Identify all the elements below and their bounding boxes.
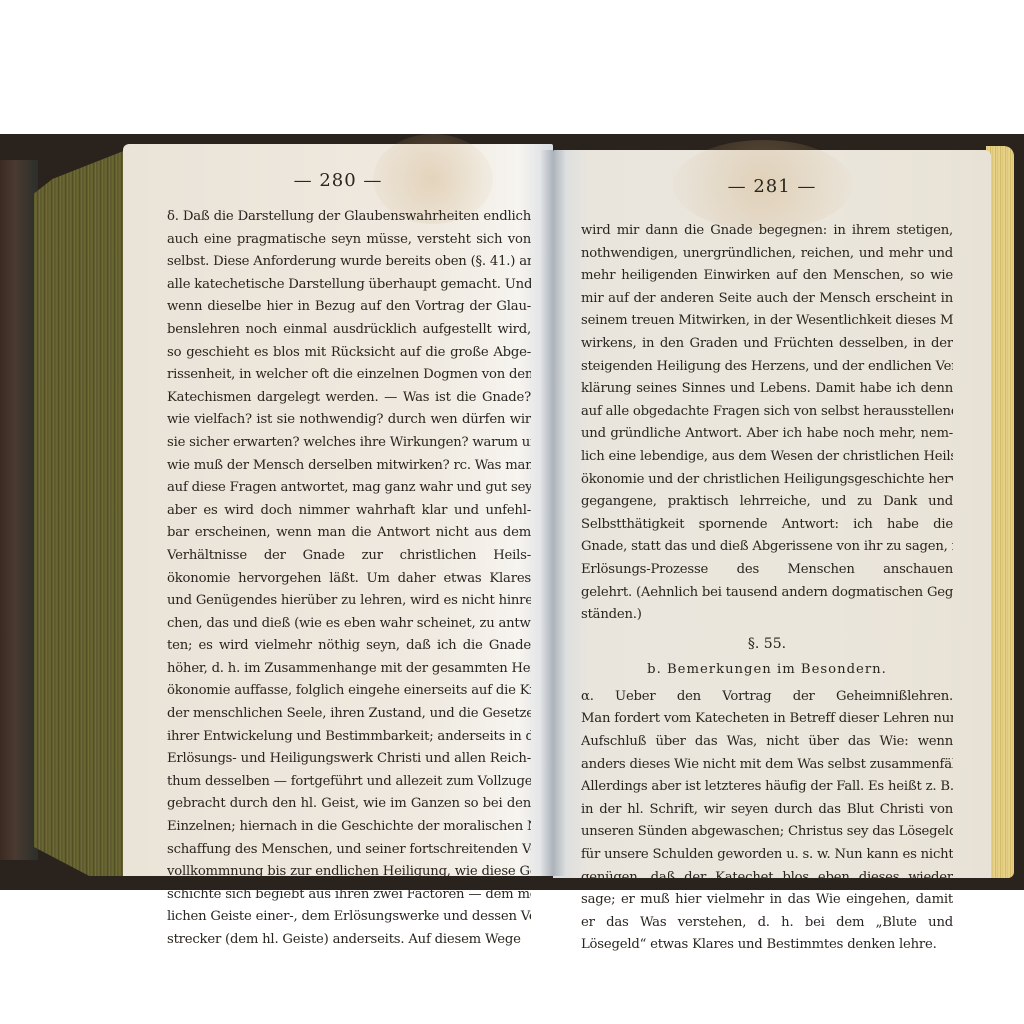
text-line: und gründliche Antwort. Aber ich habe no… (581, 423, 953, 446)
text-line: gebracht durch den hl. Geist, wie im Gan… (167, 793, 531, 816)
text-line: seinem treuen Mitwirken, in der Wesentli… (581, 310, 953, 333)
text-line: gelehrt. (Aehnlich bei tausend andern do… (581, 582, 953, 605)
section-number: §. 55. (581, 633, 953, 656)
text-line: wenn dieselbe hier in Bezug auf den Vort… (167, 296, 531, 319)
text-line: schaffung des Menschen, und seiner forts… (167, 839, 531, 862)
text-line: wie vielfach? ist sie nothwendig? durch … (167, 409, 531, 432)
text-line: Einzelnen; hiernach in die Geschichte de… (167, 816, 531, 839)
text-line: aber es wird doch nimmer wahrhaft klar u… (167, 500, 531, 523)
text-line: strecker (dem hl. Geiste) anderseits. Au… (167, 929, 531, 952)
text-line: anders dieses Wie nicht mit dem Was selb… (581, 754, 953, 777)
text-line: Aufschluß über das Was, nicht über das W… (581, 731, 953, 754)
paragraph-grace: wird mir dann die Gnade begegnen: in ihr… (581, 220, 953, 627)
text-line: steigenden Heiligung des Herzens, und de… (581, 356, 953, 379)
text-line: sie sicher erwarten? welches ihre Wirkun… (167, 432, 531, 455)
text-line: ständen.) (581, 604, 953, 627)
text-line: auch eine pragmatische seyn müsse, verst… (167, 229, 531, 252)
text-line: er das Was verstehen, d. h. bei dem „Blu… (581, 912, 953, 935)
page-number-right: — 281 — (553, 176, 991, 197)
text-line: genügen, daß der Katechet blos eben dies… (581, 867, 953, 890)
text-line: auf alle obgedachte Fragen sich von selb… (581, 401, 953, 424)
text-line: Selbstthätigkeit spornende Antwort: ich … (581, 514, 953, 537)
text-line: höher, d. h. im Zusammenhange mit der ge… (167, 658, 531, 681)
right-page-body: wird mir dann die Gnade begegnen: in ihr… (581, 220, 953, 957)
left-page: — 280 — δ. Daß die Darstellung der Glaub… (123, 144, 553, 876)
text-line: wie muß der Mensch derselben mitwirken? … (167, 455, 531, 478)
text-line: vollkommnung bis zur endlichen Heiligung… (167, 861, 531, 884)
text-line: unseren Sünden abgewaschen; Christus sey… (581, 821, 953, 844)
text-line: gegangene, praktisch lehrreiche, und zu … (581, 491, 953, 514)
text-line: Katechismen dargelegt werden. — Was ist … (167, 387, 531, 410)
text-line: mir auf der anderen Seite auch der Mensc… (581, 288, 953, 311)
text-line: sage; er muß hier vielmehr in das Wie ei… (581, 889, 953, 912)
text-line: in der hl. Schrift, wir seyen durch das … (581, 799, 953, 822)
text-line: selbst. Diese Anforderung wurde bereits … (167, 251, 531, 274)
text-line: lich eine lebendige, aus dem Wesen der c… (581, 446, 953, 469)
text-line: Gnade, statt das und dieß Abgerissene vo… (581, 536, 953, 559)
text-line: α. Ueber den Vortrag der Geheimnißlehren… (581, 686, 953, 709)
text-line: lichen Geiste einer-, dem Erlösungswerke… (167, 906, 531, 929)
text-line: ökonomie hervorgehen läßt. Um daher etwa… (167, 568, 531, 591)
text-line: Allerdings aber ist letzteres häufig der… (581, 776, 953, 799)
section-title: b. Bemerkungen im Besondern. (581, 659, 953, 682)
text-line: ökonomie und der christlichen Heiligungs… (581, 469, 953, 492)
text-line: benslehren noch einmal ausdrücklich aufg… (167, 319, 531, 342)
text-line: thum desselben — fortgeführt und allezei… (167, 771, 531, 794)
text-line: auf diese Fragen antwortet, mag ganz wah… (167, 477, 531, 500)
text-line: wird mir dann die Gnade begegnen: in ihr… (581, 220, 953, 243)
text-line: alle katechetische Darstellung überhaupt… (167, 274, 531, 297)
text-line: klärung seines Sinnes und Lebens. Damit … (581, 378, 953, 401)
text-line: so geschieht es blos mit Rücksicht auf d… (167, 342, 531, 365)
text-line: wirkens, in den Graden und Früchten dess… (581, 333, 953, 356)
text-line: für unsere Schulden geworden u. s. w. Nu… (581, 844, 953, 867)
text-line: δ. Daß die Darstellung der Glaubenswahrh… (167, 206, 531, 229)
text-line: der menschlichen Seele, ihren Zustand, u… (167, 703, 531, 726)
text-line: Verhältnisse der Gnade zur christlichen … (167, 545, 531, 568)
text-line: mehr heiligenden Einwirken auf den Mensc… (581, 265, 953, 288)
text-line: und Genügendes hierüber zu lehren, wird … (167, 590, 531, 613)
text-line: schichte sich begiebt aus ihren zwei Fac… (167, 884, 531, 907)
text-line: Lösegeld“ etwas Klares und Bestimmtes de… (581, 934, 953, 957)
text-line: Man fordert vom Katecheten in Betreff di… (581, 708, 953, 731)
text-line: rissenheit, in welcher oft die einzelnen… (167, 364, 531, 387)
book-cover-edge (0, 160, 38, 860)
text-line: ten; es wird vielmehr nöthig seyn, daß i… (167, 635, 531, 658)
page-number-left: — 280 — (123, 170, 553, 191)
left-page-edges (34, 150, 126, 876)
text-line: bar erscheinen, wenn man die Antwort nic… (167, 522, 531, 545)
left-page-body: δ. Daß die Darstellung der Glaubenswahrh… (167, 206, 531, 952)
text-line: Erlösungs-Prozesse des Menschen anschaue… (581, 559, 953, 582)
book-gutter (540, 150, 566, 876)
text-line: ihrer Entwickelung und Bestimmbarkeit; a… (167, 726, 531, 749)
paragraph-mysteries: α. Ueber den Vortrag der Geheimnißlehren… (581, 686, 953, 957)
text-line: nothwendigen, unergründlichen, reichen, … (581, 243, 953, 266)
text-line: ökonomie auffasse, folglich eingehe eine… (167, 680, 531, 703)
text-line: Erlösungs- und Heiligungswerk Christi un… (167, 748, 531, 771)
right-page: — 281 — wird mir dann die Gnade begegnen… (553, 150, 991, 878)
text-line: chen, das und dieß (wie es eben wahr sch… (167, 613, 531, 636)
